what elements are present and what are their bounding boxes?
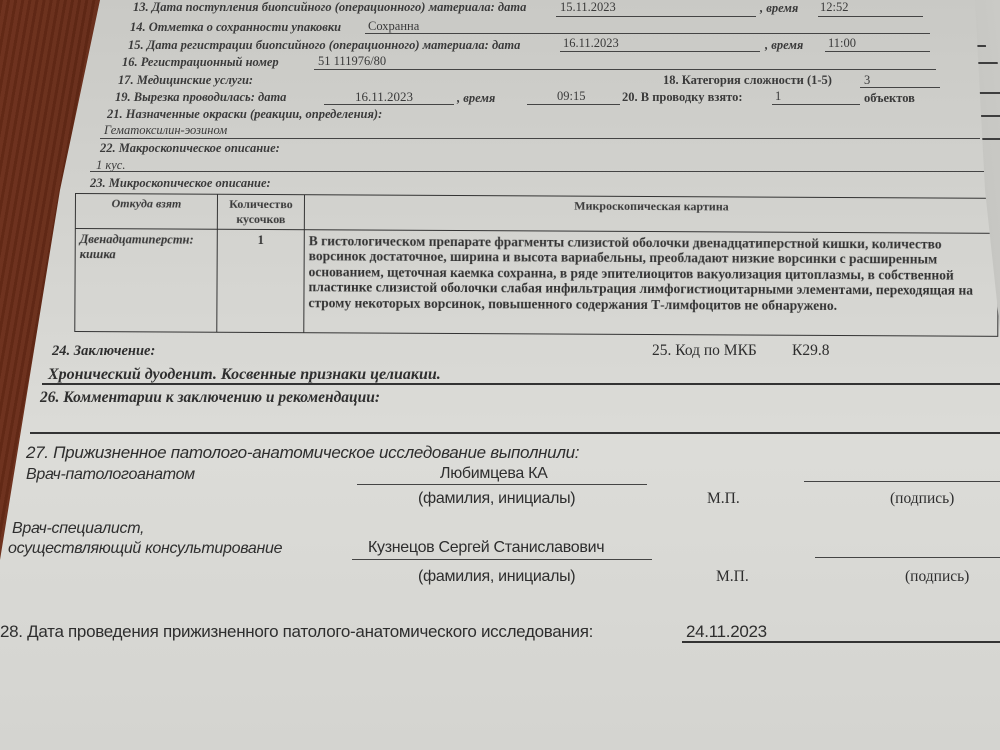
cell-description: В гистологическом препарате фрагменты сл… [304,230,999,337]
field-20-value: 1 [775,89,781,104]
field-13-label: 13. Дата поступления биопсийного (операц… [133,0,526,15]
field-15-date: 16.11.2023 [563,36,619,51]
field-21-label: 21. Назначенные окраски (реакции, опреде… [107,107,382,122]
col-header-source: Откуда взят [75,194,217,230]
pathologist-sign-caption: (подпись) [890,490,954,508]
field-27-label: 27. Прижизненное патолого-анатомическое … [26,443,579,463]
field-25-value: К29.8 [792,342,829,360]
cell-source: Двенадцатиперстн: кишка [75,229,218,333]
field-23-label: 23. Микроскопическое описание: [90,176,271,191]
field-25-label: 25. Код по МКБ [652,342,757,360]
field-20-unit: объектов [864,91,915,106]
field-17-label: 17. Медицинские услуги: [118,73,253,88]
table-header-row: Откуда взят Количество кусочков Микроско… [75,194,998,234]
field-16-value: 51 111976/80 [318,54,386,69]
field-15-time-label: , время [765,38,803,53]
field-16-label: 16. Регистрационный номер [122,55,279,70]
field-28-label: 28. Дата проведения прижизненного патоло… [0,622,593,642]
consultant-signature-line [815,557,1000,558]
field-21-value: Гематоксилин-эозином [104,123,227,138]
field-22-label: 22. Макроскопическое описание: [100,141,280,156]
field-24-value: Хронический дуоденит. Косвенные признаки… [48,366,441,384]
field-19-time-label: , время [457,91,495,106]
consultant-name: Кузнецов Сергей Станиславович [368,539,604,557]
field-28-value: 24.11.2023 [686,622,767,642]
field-15-label: 15. Дата регистрации биопсийного (операц… [128,38,520,53]
consultant-role-line2: осуществляющий консультирование [8,540,282,558]
field-13-date: 15.11.2023 [560,0,616,15]
cell-count: 1 [217,229,305,332]
table-row: Двенадцатиперстн: кишка 1 В гистологичес… [75,229,999,337]
field-24-label: 24. Заключение: [52,343,155,360]
pathologist-signature-line [804,481,1000,482]
pathologist-role: Врач-патологоанатом [26,466,195,484]
microscopic-description-table: Откуда взят Количество кусочков Микроско… [74,193,999,337]
field-13-time-label: , время [760,1,798,16]
field-13-time: 12:52 [820,0,848,15]
pathology-report-sheet: 13. Дата поступления биопсийного (операц… [0,0,1000,750]
col-header-count: Количество кусочков [217,194,304,229]
field-20-label: 20. В проводку взято: [622,90,743,105]
col-header-description: Микроскопическая картина [304,195,998,234]
field-15-time: 11:00 [828,36,856,51]
consultant-name-caption: (фамилия, инициалы) [418,568,575,586]
field-14-value: Сохранна [368,19,419,34]
field-19-date: 16.11.2023 [355,89,413,105]
field-14-label: 14. Отметка о сохранности упаковки [130,20,341,35]
consultant-stamp: М.П. [716,568,749,586]
field-19-time: 09:15 [557,89,585,104]
pathologist-name: Любимцева КА [440,465,548,483]
pathologist-stamp: М.П. [707,490,740,508]
field-18-value: 3 [864,73,870,88]
field-19-label: 19. Вырезка проводилась: дата [115,90,286,105]
consultant-sign-caption: (подпись) [905,568,969,586]
field-18-label: 18. Категория сложности (1-5) [663,73,832,88]
consultant-role-line1: Врач-специалист, [12,520,144,538]
pathologist-name-caption: (фамилия, инициалы) [418,490,575,508]
field-26-label: 26. Комментарии к заключению и рекоменда… [40,389,380,407]
